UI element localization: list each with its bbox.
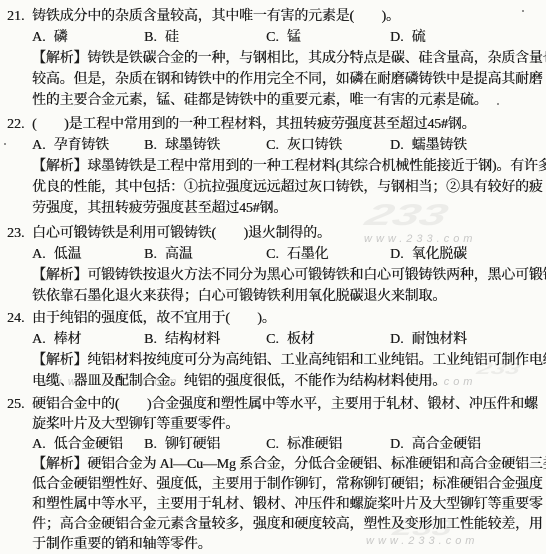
option-d-text: 高合金硬铝 xyxy=(412,437,481,452)
option-a-text: 低温 xyxy=(54,247,82,262)
option-b-text: 高温 xyxy=(165,247,193,262)
options-row: A.孕育铸铁 B.球墨铸铁 C.灰口铸铁 D.蠕墨铸铁 xyxy=(0,135,546,156)
option-b: B.硅 xyxy=(144,27,266,48)
explanation-line: 性的主要合金元素，锰、硅都是铸铁中的重要元素，唯一有害的元素是硫。 xyxy=(0,90,546,111)
option-b: B.结构材料 xyxy=(144,329,266,350)
question-stem-line: 22. ( )是工程中常用到的一种工程材料，其扭转疲劳强度甚至超过45#钢。 xyxy=(0,114,546,135)
question-stem-line: 23. 白心可锻铸铁是利用可锻铸铁( )退火制得的。 xyxy=(0,223,546,244)
option-b-label: B. xyxy=(144,244,157,265)
option-b-label: B. xyxy=(144,135,157,156)
explanation-line: 【解析】硬铝合金为 Al—Cu—Mg 系合金，分低合金硬铝、标准硬铝和高合金硬铝… xyxy=(0,455,546,475)
option-a-text: 低合金硬铝 xyxy=(54,437,123,452)
question-number: 24. xyxy=(7,308,25,329)
option-d-text: 耐蚀材料 xyxy=(412,332,467,347)
explanation-line: 劳强度，其扭转疲劳强度甚至超过45#钢。 xyxy=(0,198,546,219)
explanation-line: 较高。但是，杂质在钢和铸铁中的作用完全不同，如磷在耐磨磷铸铁中是提高其耐磨 xyxy=(0,69,546,90)
question-stem-line: 旋桨叶片及大型铆钉等重要零件。 xyxy=(0,415,546,435)
option-d-label: D. xyxy=(390,135,404,156)
option-d-label: D. xyxy=(390,27,404,48)
question-stem-text: 铸铁成分中的杂质含量较高，其中唯一有害的元素是( )。 xyxy=(32,9,400,24)
option-d: D.蠕墨铸铁 xyxy=(390,135,546,156)
question-number: 23. xyxy=(7,223,25,244)
option-c-text: 板材 xyxy=(287,332,315,347)
explanation-line: 电缆、器皿及配制合金。纯铝的强度很低，不能作为结构材料使用。 xyxy=(0,371,546,392)
option-a: A.磷 xyxy=(32,27,144,48)
option-b-text: 球墨铸铁 xyxy=(165,138,220,153)
option-a-label: A. xyxy=(32,435,46,455)
option-b: B.铆钉硬铝 xyxy=(144,435,266,455)
option-c: C.锰 xyxy=(266,27,390,48)
question-stem-line: 21. 铸铁成分中的杂质含量较高，其中唯一有害的元素是( )。 xyxy=(0,6,546,27)
option-b-text: 结构材料 xyxy=(165,332,220,347)
explanation-line: 和塑性属中等水平，主要用于轧材、锻材、冲压件和螺旋桨叶片及大型铆钉等重要零 xyxy=(0,495,546,515)
question-stem-line: 24. 由于纯铝的强度低，故不宜用于( )。 xyxy=(0,308,546,329)
option-c-label: C. xyxy=(266,135,279,156)
option-a-text: 磷 xyxy=(54,30,68,45)
options-row: A.低温 B.高温 C.石墨化 D.氧化脱碳 xyxy=(0,244,546,265)
explanation-line: 低合金硬铝塑性好、强度低，主要用于制作铆钉，常称铆钉硬铝；标准硬铝合金强度 xyxy=(0,475,546,495)
option-b-text: 铆钉硬铝 xyxy=(165,437,220,452)
option-b-label: B. xyxy=(144,329,157,350)
question-stem-text: 白心可锻铸铁是利用可锻铸铁( )退火制得的。 xyxy=(32,226,331,241)
option-b: B.球墨铸铁 xyxy=(144,135,266,156)
explanation-line: 【解析】球墨铸铁是工程中常用到的一种工程材料(其综合机械性能接近于钢)。有许多 xyxy=(0,156,546,177)
option-c: C.标准硬铝 xyxy=(266,435,390,455)
question-22: 22. ( )是工程中常用到的一种工程材料，其扭转疲劳强度甚至超过45#钢。 A… xyxy=(0,114,546,219)
explanation-line: 铁依靠石墨化退火来获得；白心可锻铸铁利用氧化脱碳退火来制取。 xyxy=(0,286,546,307)
option-c: C.石墨化 xyxy=(266,244,390,265)
option-d: D.硫 xyxy=(390,27,546,48)
option-a-label: A. xyxy=(32,329,46,350)
option-b-label: B. xyxy=(144,27,157,48)
option-d: D.高合金硬铝 xyxy=(390,435,546,455)
question-stem-line: 25. 硬铝合金中的( )合金强度和塑性属中等水平，主要用于轧材、锻材、冲压件和… xyxy=(0,395,546,415)
question-24: 24. 由于纯铝的强度低，故不宜用于( )。 A.棒材 B.结构材料 C.板材 … xyxy=(0,308,546,392)
scanned-exam-page: www.233.com www.233.com www.233.com www.… xyxy=(0,0,546,554)
explanation-line: 优良的性能，其中包括：①抗拉强度远远超过灰口铸铁，与钢相当；②具有较好的疲 xyxy=(0,177,546,198)
question-number: 21. xyxy=(7,6,25,27)
question-number: 22. xyxy=(7,114,25,135)
option-d-text: 氧化脱碳 xyxy=(412,247,467,262)
option-a: A.低合金硬铝 xyxy=(32,435,144,455)
option-c-label: C. xyxy=(266,244,279,265)
question-23: 23. 白心可锻铸铁是利用可锻铸铁( )退火制得的。 A.低温 B.高温 C.石… xyxy=(0,223,546,307)
option-c-text: 标准硬铝 xyxy=(287,437,342,452)
option-a-label: A. xyxy=(32,244,46,265)
option-d-label: D. xyxy=(390,329,404,350)
options-row: A.低合金硬铝 B.铆钉硬铝 C.标准硬铝 D.高合金硬铝 xyxy=(0,435,546,455)
option-b: B.高温 xyxy=(144,244,266,265)
option-c: C.板材 xyxy=(266,329,390,350)
option-d-label: D. xyxy=(390,244,404,265)
explanation-line: 【解析】可锻铸铁按退火方法不同分为黑心可锻铸铁和白心可锻铸铁两种，黑心可锻铸 xyxy=(0,265,546,286)
option-a-text: 孕育铸铁 xyxy=(54,138,109,153)
option-d: D.耐蚀材料 xyxy=(390,329,546,350)
explanation-line: 于制作重要的销和轴等零件。 xyxy=(0,535,546,554)
option-a: A.孕育铸铁 xyxy=(32,135,144,156)
option-c-text: 石墨化 xyxy=(287,247,328,262)
options-row: A.棒材 B.结构材料 C.板材 D.耐蚀材料 xyxy=(0,329,546,350)
question-number: 25. xyxy=(7,395,25,415)
option-c-label: C. xyxy=(266,27,279,48)
explanation-line: 件；高合金硬铝合金元素含量较多，强度和硬度较高，塑性及变形加工性能较差，用 xyxy=(0,515,546,535)
option-d-text: 硫 xyxy=(412,30,426,45)
question-25: 25. 硬铝合金中的( )合金强度和塑性属中等水平，主要用于轧材、锻材、冲压件和… xyxy=(0,395,546,554)
option-a-label: A. xyxy=(32,27,46,48)
option-b-text: 硅 xyxy=(165,30,179,45)
option-a-text: 棒材 xyxy=(54,332,82,347)
option-d-label: D. xyxy=(390,435,404,455)
option-c: C.灰口铸铁 xyxy=(266,135,390,156)
options-row: A.磷 B.硅 C.锰 D.硫 xyxy=(0,27,546,48)
option-c-text: 锰 xyxy=(287,30,301,45)
option-d: D.氧化脱碳 xyxy=(390,244,546,265)
option-c-text: 灰口铸铁 xyxy=(287,138,342,153)
option-d-text: 蠕墨铸铁 xyxy=(412,138,467,153)
question-21: 21. 铸铁成分中的杂质含量较高，其中唯一有害的元素是( )。 A.磷 B.硅 … xyxy=(0,6,546,111)
option-c-label: C. xyxy=(266,435,279,455)
explanation-line: 【解析】铸铁是铁碳合金的一种，与钢相比，其成分特点是碳、硅含量高，杂质含量也 xyxy=(0,48,546,69)
option-a-label: A. xyxy=(32,135,46,156)
explanation-line: 【解析】纯铝材料按纯度可分为高纯铝、工业高纯铝和工业纯铝。工业纯铝可制作电线、 xyxy=(0,350,546,371)
question-stem-text: 硬铝合金中的( )合金强度和塑性属中等水平，主要用于轧材、锻材、冲压件和螺 xyxy=(32,397,538,412)
question-stem-text: ( )是工程中常用到的一种工程材料，其扭转疲劳强度甚至超过45#钢。 xyxy=(32,117,475,132)
option-c-label: C. xyxy=(266,329,279,350)
option-a: A.低温 xyxy=(32,244,144,265)
question-stem-text: 由于纯铝的强度低，故不宜用于( )。 xyxy=(32,311,276,326)
option-a: A.棒材 xyxy=(32,329,144,350)
option-b-label: B. xyxy=(144,435,157,455)
